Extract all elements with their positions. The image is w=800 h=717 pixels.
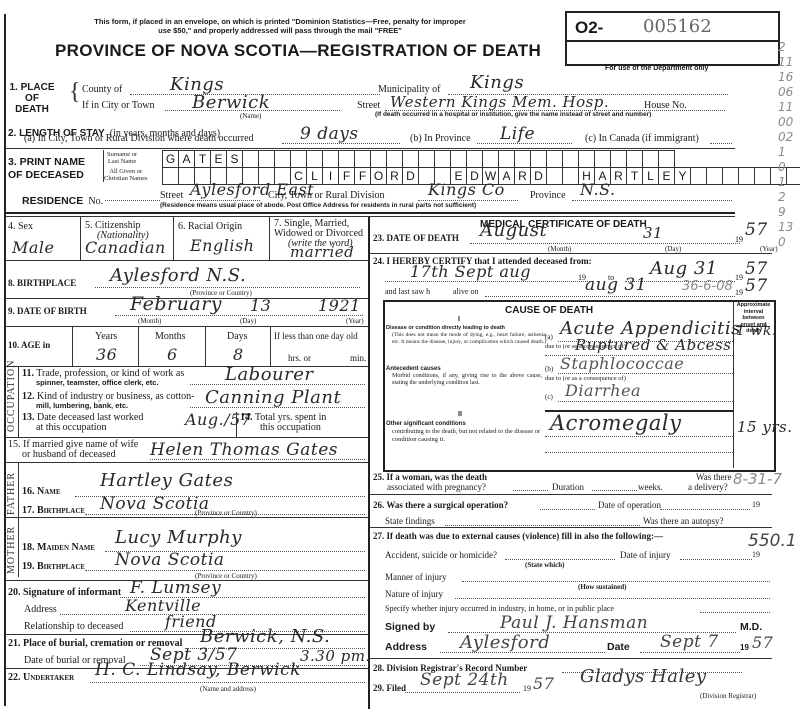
- father-birthplace-value[interactable]: Nova Scotia: [100, 494, 210, 514]
- specify-label: Specify whether injury occurred in indus…: [385, 604, 614, 613]
- stay-city-value[interactable]: 9 days: [300, 124, 359, 144]
- q25-label: 25. If a woman, was the death associated…: [373, 472, 487, 492]
- spouse-label: 15. If married give name of wife or husb…: [8, 440, 138, 460]
- divider: [370, 658, 772, 659]
- years-value[interactable]: 36: [96, 345, 117, 364]
- hrs-label: hrs. or: [288, 353, 311, 363]
- municipality-value[interactable]: Kings: [470, 72, 524, 93]
- margin-code: 2: [778, 190, 798, 205]
- days-label: Days: [227, 331, 248, 342]
- margin-code: 16: [778, 70, 798, 85]
- death-year-prefix: 19: [735, 235, 743, 244]
- letter-box[interactable]: [275, 151, 291, 167]
- date-of-death-line: [470, 243, 740, 244]
- manner-label: Manner of injury: [385, 572, 446, 582]
- residence-street-line: [190, 200, 260, 201]
- days-value[interactable]: 8: [233, 345, 244, 364]
- last-saw-year[interactable]: 57: [745, 276, 768, 296]
- divider: [18, 366, 19, 437]
- margin-codes: 211160611000210129130: [778, 40, 798, 250]
- cause-a-marker: (a): [545, 333, 553, 341]
- dob-day-value[interactable]: 13: [250, 296, 271, 315]
- margin-code: 1: [778, 145, 798, 160]
- alive-on-line: [485, 296, 735, 297]
- undertaker-line: [90, 682, 365, 683]
- margin-code: 2: [778, 40, 798, 55]
- margin-code: 0: [778, 235, 798, 250]
- house-no-label: House No.: [644, 100, 687, 111]
- findings-label: State findings: [385, 516, 435, 526]
- divider: [5, 148, 735, 149]
- letter-box[interactable]: T: [195, 151, 211, 167]
- antecedent-label: Antecedent causes: [386, 366, 441, 372]
- dob-year-value[interactable]: 1921: [318, 296, 361, 315]
- divider: [80, 217, 81, 260]
- given-names-caption: All Given or Christian Names: [104, 168, 148, 182]
- letter-box[interactable]: [563, 151, 579, 167]
- letter-box[interactable]: S: [227, 151, 243, 167]
- burial-time-value[interactable]: 3.30 pm.: [300, 647, 371, 665]
- registration-box: O2- 005162: [565, 11, 780, 66]
- pregnancy-line: [513, 490, 548, 491]
- min-label: min.: [350, 353, 366, 363]
- letter-box[interactable]: D: [531, 168, 547, 184]
- racial-origin-value[interactable]: English: [190, 236, 254, 255]
- stay-canada-line: [710, 143, 732, 144]
- undertaker-value[interactable]: H. C. Lindsay, Berwick: [95, 660, 301, 680]
- operation-year-prefix: 19: [752, 500, 760, 509]
- death-year-caption: (Year): [760, 245, 778, 253]
- divider: [18, 462, 19, 517]
- divider: [370, 494, 772, 495]
- hospital-note: (If death occurred in a hospital or inst…: [375, 111, 651, 118]
- margin-code: 11: [778, 100, 798, 115]
- letter-box[interactable]: [435, 151, 451, 167]
- residence-province-line: [572, 200, 732, 201]
- margin-code: 9: [778, 205, 798, 220]
- q14-label: 14. Total yrs. spent in this occupation: [240, 413, 326, 433]
- mother-maiden-label: 18. Maiden Name: [22, 542, 95, 553]
- street-label: Street: [357, 100, 380, 111]
- letter-box[interactable]: [499, 151, 515, 167]
- weeks-label: weeks.: [638, 482, 663, 492]
- letter-box[interactable]: [531, 151, 547, 167]
- filed-line: [405, 692, 520, 693]
- letter-box[interactable]: E: [659, 168, 675, 184]
- birthplace-value[interactable]: Aylesford N.S.: [110, 265, 246, 286]
- residence-city-line: [418, 200, 518, 201]
- divider: [173, 217, 174, 260]
- dob-month-value[interactable]: February: [130, 293, 222, 315]
- letter-box[interactable]: [595, 151, 611, 167]
- letter-box[interactable]: E: [211, 151, 227, 167]
- letter-box[interactable]: [371, 151, 387, 167]
- age-pencil-note: 36-6-08: [682, 279, 733, 294]
- last-saw-value[interactable]: aug 31: [585, 275, 647, 295]
- divider: [236, 412, 237, 437]
- relationship-label: Relationship to deceased: [24, 621, 123, 632]
- letter-box[interactable]: [643, 151, 659, 167]
- operation-line: [540, 509, 595, 510]
- q11-label: 11. Trade, profession, or kind of work a…: [22, 369, 184, 387]
- letter-box[interactable]: [547, 151, 563, 167]
- spouse-value[interactable]: Helen Thomas Gates: [150, 440, 338, 460]
- birthplace-label: 8. BIRTHPLACE: [8, 278, 76, 289]
- letter-box[interactable]: A: [179, 151, 195, 167]
- injury-year-prefix: 19: [752, 550, 760, 559]
- signature-year-prefix: 19: [740, 643, 749, 652]
- cause-code-note: 550.1: [748, 531, 797, 551]
- divider: [18, 517, 19, 577]
- surname-caption: Surname or Last Name: [107, 151, 137, 165]
- form-title: PROVINCE OF NOVA SCOTIA—REGISTRATION OF …: [55, 41, 541, 61]
- cause-b-value[interactable]: Staphlococcae: [560, 354, 684, 373]
- direct-cause-label: Disease or condition directly leading to…: [386, 325, 544, 331]
- divider: [370, 253, 772, 254]
- citizenship-value[interactable]: Canadian: [85, 238, 166, 257]
- postal-notice: This form, if placed in an envelope, on …: [70, 17, 490, 35]
- attended-to-value[interactable]: Aug 31: [650, 258, 718, 279]
- letter-box[interactable]: [515, 151, 531, 167]
- mother-birthplace-label: 19. Birthplace: [22, 561, 85, 572]
- death-day-caption: (Day): [665, 245, 681, 253]
- county-label: County of: [82, 84, 122, 95]
- other-line-2: [545, 452, 733, 453]
- racial-origin-label: 6. Racial Origin: [178, 221, 242, 232]
- last-saw-label: and last saw h: [385, 287, 430, 296]
- years-label: Years: [95, 331, 117, 342]
- duration-line: [592, 490, 637, 491]
- letter-box[interactable]: [451, 151, 467, 167]
- cause-a-interval[interactable]: 1 wk.: [736, 323, 777, 339]
- informant-address-label: Address: [24, 604, 57, 615]
- letter-box[interactable]: D: [403, 168, 419, 184]
- cause-c-value[interactable]: Diarrhea: [565, 381, 641, 400]
- attended-from-value[interactable]: 17th Sept aug: [410, 262, 531, 281]
- undertaker-caption: (Name and address): [200, 685, 256, 693]
- residence-street-label: Street: [160, 190, 183, 201]
- signed-by-label: Signed by: [385, 621, 435, 633]
- manner-line: [462, 581, 770, 582]
- nature-label: Nature of injury: [385, 589, 443, 599]
- divider: [205, 326, 206, 366]
- letter-box[interactable]: [547, 168, 563, 184]
- margin-code: 06: [778, 85, 798, 100]
- divider: [5, 212, 735, 214]
- injury-date-line: [680, 559, 752, 560]
- filed-date-value[interactable]: Sept 24th: [420, 670, 509, 690]
- date-of-birth-label: 9. DATE OF BIRTH: [8, 306, 87, 317]
- antecedent-note: Morbid conditions, if any, giving rise t…: [392, 373, 542, 387]
- divider: [5, 437, 368, 438]
- letter-box[interactable]: [259, 151, 275, 167]
- letter-box[interactable]: G: [163, 151, 179, 167]
- letter-box[interactable]: R: [387, 168, 403, 184]
- city-label: If in City or Town: [82, 100, 154, 111]
- death-month-caption: (Month): [548, 245, 571, 253]
- death-year-value[interactable]: 57: [745, 220, 768, 240]
- mother-maiden-value[interactable]: Lucy Murphy: [115, 527, 242, 548]
- letter-box[interactable]: [627, 151, 643, 167]
- occupation-side-label: OCCUPATION: [6, 372, 17, 432]
- letter-box[interactable]: [691, 168, 707, 184]
- registration-number: 005162: [643, 16, 712, 37]
- margin-code: 0: [778, 160, 798, 175]
- cause-b-marker: (b): [545, 365, 553, 373]
- registrar-name[interactable]: Gladys Haley: [580, 666, 707, 687]
- divider: [5, 517, 368, 518]
- age-label: 10. AGE in: [8, 340, 50, 351]
- occupation-trade-value[interactable]: Labourer: [225, 364, 314, 385]
- letter-box[interactable]: [739, 168, 755, 184]
- mother-birthplace-value[interactable]: Nova Scotia: [115, 550, 225, 570]
- letter-box[interactable]: T: [627, 168, 643, 184]
- filed-year-value[interactable]: 57: [533, 674, 554, 693]
- letter-box[interactable]: [755, 168, 771, 184]
- letter-box[interactable]: [403, 151, 419, 167]
- autopsy-label: Was there an autopsy?: [643, 516, 724, 526]
- sex-label: 4. Sex: [8, 221, 33, 232]
- divider: [270, 326, 271, 366]
- months-label: Months: [155, 331, 186, 342]
- mother-side-label: MOTHER: [6, 522, 17, 574]
- margin-code: 1: [778, 175, 798, 190]
- letter-box[interactable]: [323, 151, 339, 167]
- letter-box[interactable]: F: [339, 168, 355, 184]
- cause-due-to-value[interactable]: Ruptured & Abcess: [575, 336, 731, 354]
- residence-province-label: Province: [530, 190, 566, 201]
- residence-province-value[interactable]: N.S.: [580, 180, 616, 199]
- nature-line: [455, 598, 770, 599]
- state-which-caption: (State which): [525, 561, 564, 569]
- cause-c-marker: (c): [545, 393, 553, 401]
- letter-box[interactable]: [723, 168, 739, 184]
- month-caption: (Month): [138, 317, 161, 325]
- father-name-value[interactable]: Hartley Gates: [100, 470, 233, 491]
- divider: [72, 326, 73, 366]
- signed-by-value[interactable]: Paul J. Hansman: [500, 613, 648, 633]
- letter-box[interactable]: [467, 151, 483, 167]
- to-year-prefix: 19: [735, 273, 743, 282]
- findings-line: [445, 525, 640, 526]
- sex-value[interactable]: Male: [12, 238, 55, 257]
- column-divider: [368, 217, 370, 709]
- residence-label: RESIDENCE No.: [22, 189, 103, 208]
- stay-province-label: (b) In Province: [410, 133, 471, 144]
- accident-label: Accident, suicide or homicide?: [385, 550, 497, 560]
- father-side-label: FATHER: [6, 467, 17, 515]
- other-conditions-interval[interactable]: 15 yrs.: [737, 418, 792, 436]
- father-birthplace-caption: (Province or Country): [195, 509, 257, 517]
- cause-b-line: [558, 373, 733, 374]
- operation-date-label: Date of operation: [598, 500, 661, 510]
- operation-date-line: [660, 509, 750, 510]
- other-conditions-value[interactable]: Acromegaly: [550, 411, 682, 435]
- department-note: For use of the Department only: [605, 65, 708, 72]
- signature-date-line: [640, 652, 740, 653]
- divider: [370, 527, 772, 528]
- letter-box[interactable]: F: [355, 168, 371, 184]
- how-sustained-caption: (How sustained): [578, 583, 626, 591]
- stay-city-label: (a) In City, Town or Rural Division wher…: [24, 133, 254, 144]
- city-value[interactable]: Berwick: [192, 92, 270, 113]
- undertaker-label: 22. Undertaker: [8, 672, 74, 683]
- informant-signature-value[interactable]: F. Lumsey: [130, 578, 221, 598]
- informant-signature-label: 20. Signature of informant: [8, 587, 121, 598]
- divider: [5, 260, 368, 261]
- accident-line: [505, 559, 615, 560]
- divider: [5, 326, 368, 327]
- cause-of-death-title: CAUSE OF DEATH: [505, 305, 593, 316]
- letter-box[interactable]: I: [323, 168, 339, 184]
- letter-box[interactable]: [291, 151, 307, 167]
- attended-from-line: [385, 281, 590, 282]
- part-two-numeral: II: [458, 411, 462, 418]
- print-name-label: 3. PRINT NAME OF DECEASED: [8, 156, 85, 182]
- registration-prefix: O2-: [575, 18, 603, 38]
- letter-box[interactable]: R: [515, 168, 531, 184]
- father-name-label: 16. Name: [22, 486, 61, 497]
- residence-note: (Residence means usual place of abode. P…: [160, 202, 476, 209]
- letter-box[interactable]: [483, 151, 499, 167]
- md-label: M.D.: [740, 621, 762, 633]
- other-conditions-note: contributing to the death, but not relat…: [392, 428, 542, 444]
- letter-box[interactable]: [659, 151, 675, 167]
- other-conditions-label: Other significant conditions: [386, 421, 466, 427]
- signature-address-value[interactable]: Aylesford: [460, 632, 550, 653]
- stay-province-value[interactable]: Life: [500, 124, 535, 144]
- last-saw-year-prefix: 19: [735, 288, 743, 297]
- divider: [5, 216, 735, 217]
- cause-c-line: [558, 401, 733, 402]
- letter-box[interactable]: [387, 151, 403, 167]
- signature-year-value[interactable]: 57: [752, 633, 773, 652]
- q12-label: 12. Kind of industry or business, as cot…: [22, 392, 195, 410]
- specify-line: [700, 612, 770, 613]
- letter-box[interactable]: [707, 168, 723, 184]
- other-line-1: [545, 436, 733, 437]
- residence-city-label: City, Town or Rural Division: [268, 190, 385, 201]
- signature-date-label: Date: [607, 641, 630, 653]
- surname-boxes[interactable]: GATES: [162, 150, 675, 168]
- name-caption: (Name): [240, 112, 261, 120]
- signature-address-label: Address: [385, 641, 427, 653]
- residence-city-value[interactable]: Kings Co: [428, 180, 505, 199]
- residence-no-line: [105, 200, 160, 201]
- letter-box[interactable]: [419, 151, 435, 167]
- letter-box[interactable]: [243, 151, 259, 167]
- letter-box[interactable]: [307, 151, 323, 167]
- delivery-label: Was there a delivery?: [688, 472, 732, 492]
- year-caption: (Year): [346, 317, 364, 325]
- death-month-value[interactable]: August: [480, 220, 547, 241]
- letter-box[interactable]: [563, 168, 579, 184]
- letter-box[interactable]: [611, 151, 627, 167]
- letter-box[interactable]: [579, 151, 595, 167]
- q13-label: 13. Date deceased last worked at this oc…: [22, 413, 143, 433]
- filed-year-prefix: 19: [523, 684, 531, 693]
- part-one-numeral: I: [458, 316, 460, 323]
- injury-date-label: Date of injury: [620, 550, 670, 560]
- divider: [5, 462, 368, 463]
- letter-box[interactable]: L: [643, 168, 659, 184]
- signature-date-value[interactable]: Sept 7: [660, 632, 719, 652]
- registrar-caption: (Division Registrar): [700, 692, 756, 700]
- letter-box[interactable]: [163, 168, 179, 184]
- margin-code: 02: [778, 130, 798, 145]
- day-caption: (Day): [240, 317, 256, 325]
- divider: [138, 326, 139, 366]
- alive-on-label: alive on: [453, 287, 479, 296]
- father-birthplace-label: 17. Birthplace: [22, 505, 85, 516]
- death-day-value[interactable]: 31: [643, 224, 663, 242]
- q27-label: 27. If death was due to external causes …: [373, 531, 663, 541]
- q26-label: 26. Was there a surgical operation?: [373, 500, 508, 510]
- marital-status-value[interactable]: married: [290, 243, 354, 261]
- duration-label: Duration: [552, 482, 584, 492]
- street-value[interactable]: Western Kings Mem. Hosp.: [390, 93, 609, 111]
- burial-place-value[interactable]: Berwick, N.S.: [200, 626, 330, 647]
- margin-code: 00: [778, 115, 798, 130]
- divider: [269, 217, 270, 260]
- stay-canada-label: (c) In Canada (if immigrant): [585, 133, 699, 144]
- mother-birthplace-line: [85, 570, 365, 571]
- margin-code: 11: [778, 55, 798, 70]
- less-than-day-label: If less than one day old: [274, 331, 358, 341]
- letter-box[interactable]: Y: [675, 168, 691, 184]
- date-of-birth-line: [115, 315, 363, 316]
- birthplace-line: [95, 287, 360, 288]
- letter-box[interactable]: O: [371, 168, 387, 184]
- brace: {: [69, 80, 81, 104]
- place-of-death-label: 1. PLACE OF DEATH: [8, 82, 56, 115]
- letter-box[interactable]: [339, 151, 355, 167]
- filed-label: 29. Filed: [373, 683, 406, 693]
- date-of-death-label: 23. DATE OF DEATH: [373, 233, 459, 244]
- occupation-industry-value[interactable]: Canning Plant: [205, 387, 341, 408]
- months-value[interactable]: 6: [167, 345, 178, 364]
- margin-code: 13: [778, 220, 798, 235]
- letter-box[interactable]: [355, 151, 371, 167]
- delivery-pencil-note: 8-31-7: [733, 470, 782, 488]
- direct-cause-note: (This does not mean the mode of dying, e…: [392, 332, 547, 345]
